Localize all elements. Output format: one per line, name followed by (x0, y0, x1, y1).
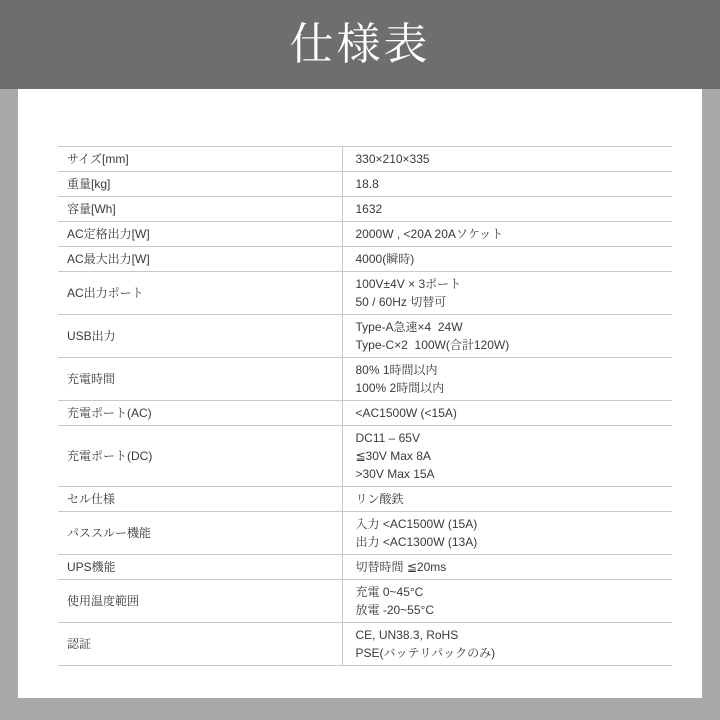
spec-label: UPS機能 (58, 555, 342, 580)
spec-label: USB出力 (58, 315, 342, 358)
page-title: 仕様表 (290, 23, 431, 67)
spec-value-line: 330×210×335 (356, 150, 673, 168)
spec-value-line: 100% 2時間以内 (356, 379, 673, 397)
spec-values: 入力 <AC1500W (15A)出力 <AC1300W (13A) (342, 512, 672, 555)
spec-value-line: 100V±4V × 3ポート (356, 275, 673, 293)
spec-values: Type-A急速×4 24WType-C×2 100W(合計120W) (342, 315, 672, 358)
spec-values: <AC1500W (<15A) (342, 401, 672, 426)
spec-values: 80% 1時間以内100% 2時間以内 (342, 358, 672, 401)
spec-label: 充電時間 (58, 358, 342, 401)
spec-table-body: サイズ[mm] 330×210×335 重量[kg] 18.8 容量[Wh] 1… (58, 147, 672, 666)
table-row: 認証 CE, UN38.3, RoHSPSE(バッテリパックのみ) (58, 623, 672, 666)
spec-label: 容量[Wh] (58, 197, 342, 222)
spec-label: セル仕様 (58, 487, 342, 512)
spec-value-line: >30V Max 15A (356, 465, 673, 483)
spec-value-line: 1632 (356, 200, 673, 218)
title-banner: 仕様表 (0, 0, 720, 89)
spec-value-line: PSE(バッテリパックのみ) (356, 644, 673, 662)
spec-value-line: 80% 1時間以内 (356, 361, 673, 379)
spec-value-line: 出力 <AC1300W (13A) (356, 533, 673, 551)
spec-card: サイズ[mm] 330×210×335 重量[kg] 18.8 容量[Wh] 1… (18, 89, 702, 698)
spec-value-line: DC11 – 65V (356, 429, 673, 447)
spec-values: 切替時間 ≦20ms (342, 555, 672, 580)
table-row: AC最大出力[W] 4000(瞬時) (58, 247, 672, 272)
table-row: 容量[Wh] 1632 (58, 197, 672, 222)
spec-value-line: 入力 <AC1500W (15A) (356, 515, 673, 533)
spec-label: 充電ポート(AC) (58, 401, 342, 426)
spec-values: 2000W , <20A 20Aソケット (342, 222, 672, 247)
table-row: セル仕様 リン酸鉄 (58, 487, 672, 512)
spec-value-line: 18.8 (356, 175, 673, 193)
table-row: パススルー機能 入力 <AC1500W (15A)出力 <AC1300W (13… (58, 512, 672, 555)
table-row: USB出力 Type-A急速×4 24WType-C×2 100W(合計120W… (58, 315, 672, 358)
spec-value-line: Type-A急速×4 24W (356, 318, 673, 336)
table-row: 重量[kg] 18.8 (58, 172, 672, 197)
table-row: サイズ[mm] 330×210×335 (58, 147, 672, 172)
spec-label: 使用温度範囲 (58, 580, 342, 623)
spec-values: 4000(瞬時) (342, 247, 672, 272)
table-row: 使用温度範囲 充電 0~45°C放電 -20~55°C (58, 580, 672, 623)
table-row: 充電ポート(DC) DC11 – 65V≦30V Max 8A>30V Max … (58, 426, 672, 487)
spec-value-line: 50 / 60Hz 切替可 (356, 293, 673, 311)
spec-values: リン酸鉄 (342, 487, 672, 512)
spec-label: AC出力ポート (58, 272, 342, 315)
spec-value-line: リン酸鉄 (356, 490, 673, 508)
spec-value-line: 充電 0~45°C (356, 583, 673, 601)
spec-table: サイズ[mm] 330×210×335 重量[kg] 18.8 容量[Wh] 1… (58, 146, 672, 666)
spec-label: パススルー機能 (58, 512, 342, 555)
spec-values: 100V±4V × 3ポート50 / 60Hz 切替可 (342, 272, 672, 315)
spec-values: 330×210×335 (342, 147, 672, 172)
spec-label: 充電ポート(DC) (58, 426, 342, 487)
table-row: AC定格出力[W] 2000W , <20A 20Aソケット (58, 222, 672, 247)
spec-label: AC定格出力[W] (58, 222, 342, 247)
spec-value-line: CE, UN38.3, RoHS (356, 626, 673, 644)
spec-label: サイズ[mm] (58, 147, 342, 172)
table-row: 充電ポート(AC) <AC1500W (<15A) (58, 401, 672, 426)
spec-value-line: 2000W , <20A 20Aソケット (356, 225, 673, 243)
spec-values: DC11 – 65V≦30V Max 8A>30V Max 15A (342, 426, 672, 487)
spec-label: 重量[kg] (58, 172, 342, 197)
spec-values: 充電 0~45°C放電 -20~55°C (342, 580, 672, 623)
spec-label: 認証 (58, 623, 342, 666)
spec-label: AC最大出力[W] (58, 247, 342, 272)
spec-value-line: 切替時間 ≦20ms (356, 558, 673, 576)
spec-value-line: ≦30V Max 8A (356, 447, 673, 465)
spec-value-line: <AC1500W (<15A) (356, 404, 673, 422)
spec-values: CE, UN38.3, RoHSPSE(バッテリパックのみ) (342, 623, 672, 666)
table-row: 充電時間 80% 1時間以内100% 2時間以内 (58, 358, 672, 401)
spec-value-line: Type-C×2 100W(合計120W) (356, 336, 673, 354)
table-row: UPS機能 切替時間 ≦20ms (58, 555, 672, 580)
spec-values: 1632 (342, 197, 672, 222)
spec-value-line: 4000(瞬時) (356, 250, 673, 268)
spec-value-line: 放電 -20~55°C (356, 601, 673, 619)
spec-values: 18.8 (342, 172, 672, 197)
table-row: AC出力ポート 100V±4V × 3ポート50 / 60Hz 切替可 (58, 272, 672, 315)
